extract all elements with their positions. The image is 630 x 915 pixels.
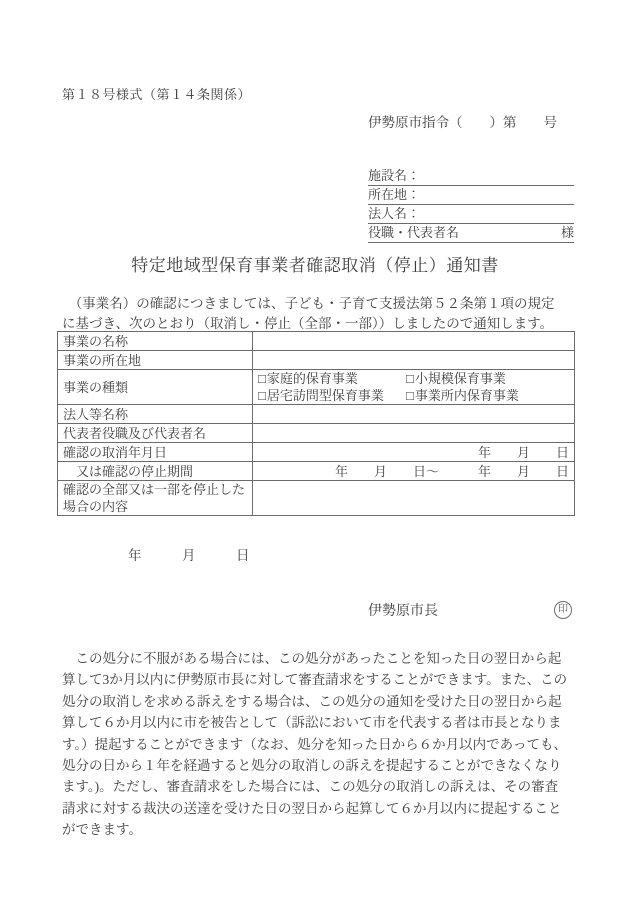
row-value-representative <box>253 424 575 443</box>
row-label-suspension-period: 又は確認の停止期間 <box>58 462 253 481</box>
appeal-line: ができます。 <box>62 819 577 840</box>
document-page: 第１８号様式（第１４条関係） 伊勢原市指令（ ）第 号 施設名： 所在地： 法人… <box>0 0 630 915</box>
table-row: 事業の名称 <box>58 332 575 351</box>
row-label-cancellation-date: 確認の取消年月日 <box>58 443 253 462</box>
checkbox-icon: □ <box>406 371 414 386</box>
business-type-option: □小規模保育事業 <box>406 370 569 387</box>
row-label-representative: 代表者役職及び代表者名 <box>58 424 253 443</box>
intro-paragraph: （事業名）の確認につきましては、子ども・子育て支援法第５２条第１項の規定 に基づ… <box>62 294 577 333</box>
appeal-line: 算して６か月以内に市を被告として（訴訟において市を代表する者は市長となりま <box>62 712 577 733</box>
directive-number-label: 伊勢原市指令（ ）第 号 <box>368 111 557 131</box>
row-value-business-address <box>253 351 575 370</box>
row-label-business-address: 事業の所在地 <box>58 351 253 370</box>
intro-line: （事業名）の確認につきましては、子ども・子育て支援法第５２条第１項の規定 <box>62 294 577 314</box>
row-value-suspension-content <box>253 481 575 516</box>
appeal-line: 請求に対する裁決の送達を受けた日の翌日から起算して６か月以内に提起すること <box>62 798 577 819</box>
row-label-suspension-content: 確認の全部又は一部を停止した場合の内容 <box>58 481 253 516</box>
business-type-label: 居宅訪問型保育事業 <box>267 388 384 403</box>
table-row: 法人等名称 <box>58 405 575 424</box>
business-type-option: □居宅訪問型保育事業 <box>258 387 406 404</box>
row-value-business-type: □家庭的保育事業 □小規模保育事業 □居宅訪問型保育事業 □事業所内保育事業 <box>253 370 575 405</box>
facility-name-field: 施設名： <box>368 167 574 186</box>
appeal-line: 処分の取消しを求める訴えをする場合は、この処分の通知を受けた日の翌日から起 <box>62 691 577 712</box>
seal-icon: 印 <box>554 601 572 619</box>
business-type-label: 小規模保育事業 <box>415 371 506 386</box>
issue-date-line: 年 月 日 <box>128 544 250 564</box>
checkbox-icon: □ <box>406 388 414 403</box>
appeal-line: ます。)。ただし、審査請求をした場合には、この処分の取消しの訴えは、その審査 <box>62 776 577 797</box>
page-title: 特定地域型保育事業者確認取消（停止）通知書 <box>0 251 630 276</box>
business-type-option: □事業所内保育事業 <box>406 387 569 404</box>
appeal-line: 処分の日から１年を経過すると処分の取消しの訴えを提起することができなくなり <box>62 755 577 776</box>
recipient-block: 施設名： 所在地： 法人名： 役職・代表者名 様 <box>368 167 574 243</box>
row-label-business-type: 事業の種類 <box>58 370 253 405</box>
business-type-option: □家庭的保育事業 <box>258 370 406 387</box>
row-value-cancellation-date: 年 月 日 <box>253 443 575 462</box>
appeal-line: この処分に不服がある場合には、この処分があったことを知った日の翌日から起 <box>62 648 577 669</box>
mayor-name: 伊勢原市長 <box>368 600 438 620</box>
appeal-line: す。）提起することができます（なお、処分を知った日から６か月以内であっても、 <box>62 734 577 755</box>
checkbox-icon: □ <box>258 388 266 403</box>
table-row: 代表者役職及び代表者名 <box>58 424 575 443</box>
table-row: 確認の全部又は一部を停止した場合の内容 <box>58 481 575 516</box>
business-type-label: 家庭的保育事業 <box>267 371 358 386</box>
appeal-line: 算して3か月以内に伊勢原市長に対して審査請求をすることができます。また、この <box>62 669 577 690</box>
row-value-corporation-name <box>253 405 575 424</box>
signature-line: 伊勢原市長 印 <box>368 600 572 620</box>
row-label-business-name: 事業の名称 <box>58 332 253 351</box>
form-number-label: 第１８号様式（第１４条関係） <box>62 84 251 103</box>
table-row: 事業の種類 □家庭的保育事業 □小規模保育事業 □居宅訪問型保育事業 □事業所内… <box>58 370 575 405</box>
address-field: 所在地： <box>368 186 574 205</box>
table-row: 又は確認の停止期間 年 月 日～ 年 月 日 <box>58 462 575 481</box>
notification-table: 事業の名称 事業の所在地 事業の種類 □家庭的保育事業 □小規模保育事業 □居宅… <box>57 331 575 516</box>
representative-label: 役職・代表者名 <box>368 224 459 241</box>
row-value-suspension-period: 年 月 日～ 年 月 日 <box>253 462 575 481</box>
appeal-paragraph: この処分に不服がある場合には、この処分があったことを知った日の翌日から起 算して… <box>62 648 577 841</box>
representative-field: 役職・代表者名 様 <box>368 224 574 243</box>
corporation-name-field: 法人名： <box>368 205 574 224</box>
checkbox-icon: □ <box>258 371 266 386</box>
table-row: 事業の所在地 <box>58 351 575 370</box>
honorific-label: 様 <box>561 224 574 241</box>
row-value-business-name <box>253 332 575 351</box>
row-label-corporation-name: 法人等名称 <box>58 405 253 424</box>
business-type-label: 事業所内保育事業 <box>415 388 519 403</box>
table-row: 確認の取消年月日 年 月 日 <box>58 443 575 462</box>
